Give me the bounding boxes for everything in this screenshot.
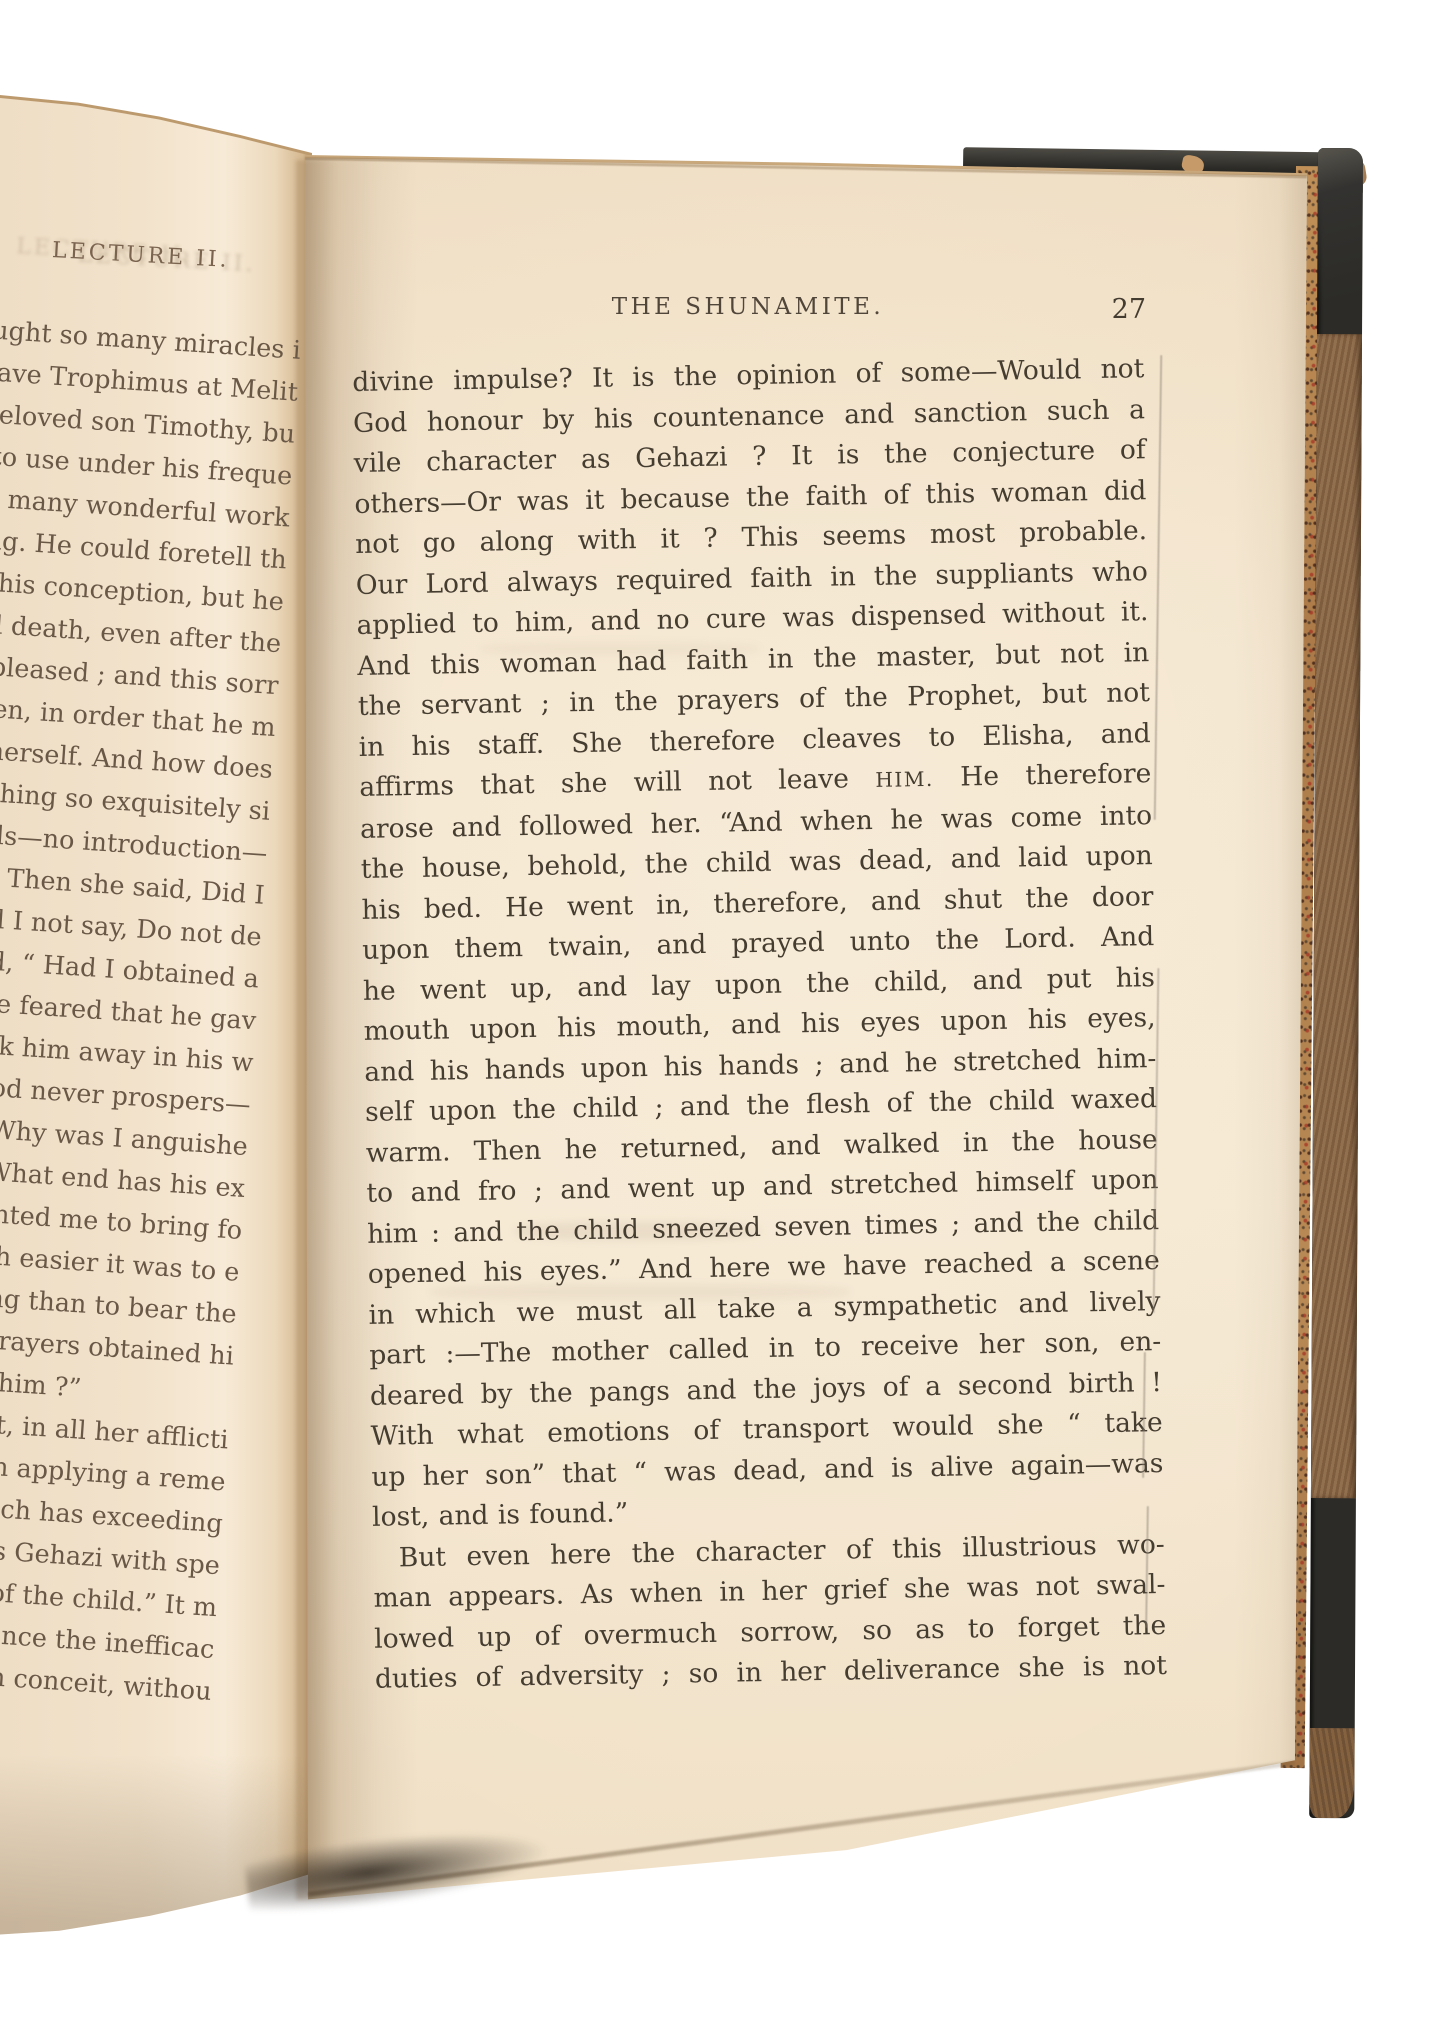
cover-worn-suede-corner	[1309, 1728, 1354, 1818]
small-caps-word: HIM.	[875, 767, 934, 792]
right-page-header-row: THE SHUNAMITE. 27	[352, 294, 1144, 328]
book-cover-right-edge	[1309, 148, 1363, 1818]
cover-worn-suede-patch	[1311, 334, 1362, 1498]
cover-leather-sheen	[1317, 148, 1363, 348]
page-number: 27	[1112, 294, 1146, 325]
right-page-text-block: divine impulse? It is the opinion of som…	[352, 349, 1167, 1700]
right-page-running-header: THE SHUNAMITE.	[352, 294, 1144, 320]
book-photo: LECTURE II. wrought so many miracles ied…	[0, 0, 1445, 2023]
